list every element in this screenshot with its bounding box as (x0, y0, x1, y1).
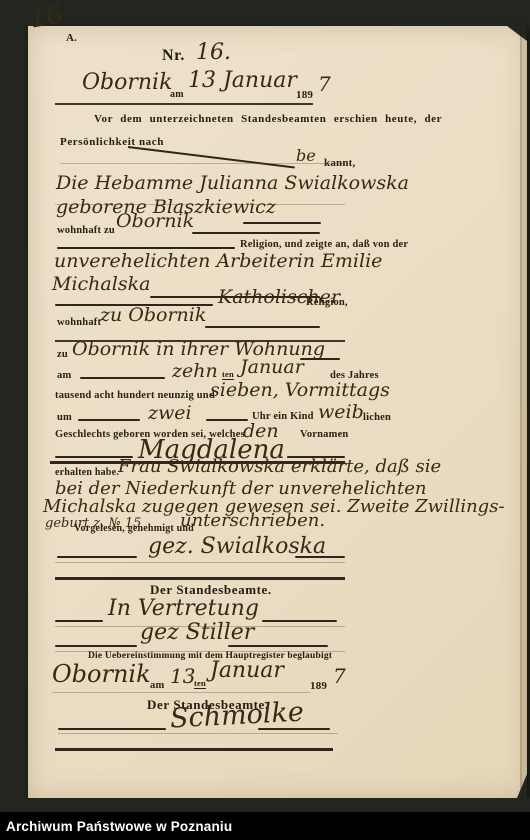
unterschrieben-handwritten: unterschrieben. (180, 512, 325, 530)
mother-name-line1: unverehelichten Arbeiterin Emilie (54, 252, 382, 271)
filler-stroke (78, 419, 140, 421)
registrar-signature: gez Stiller (140, 622, 254, 644)
am-label: am (57, 371, 71, 382)
filler-stroke (206, 419, 248, 421)
scan-background (0, 798, 530, 812)
birthplace-zu-printed: zu (57, 350, 68, 361)
record-number-value: 16. (196, 42, 231, 64)
dateline-place: Obornik (82, 72, 172, 94)
scanned-document: 16 A. Nr. 16. Obornik am 13 Januar 189 7… (0, 0, 530, 840)
intro-printed-line: Vor dem unterzeichneten Standesbeamten e… (94, 114, 442, 125)
dateline-year-digit: 7 (318, 74, 331, 94)
dateline-year-printed: 189 (296, 90, 313, 101)
birth-hour-handwritten: zwei (148, 404, 192, 423)
statement-line1: Frau Swialkowska erklärte, daß sie (118, 458, 441, 476)
child-sex-handwritten: weib (318, 403, 364, 422)
bekannt-printed: kannt, (324, 158, 355, 169)
certification-day: 13 (170, 666, 195, 686)
vorgelesen-printed: Vorgelesen, genehmigt und (74, 524, 194, 534)
filler-stroke (205, 326, 320, 328)
erhalten-habe-printed: erhalten habe. (55, 468, 119, 478)
filler-stroke (228, 645, 328, 647)
filler-stroke (258, 728, 330, 730)
vornamen-printed: Vornamen (300, 430, 348, 441)
wohnhaft-label: wohnhaft (57, 318, 101, 329)
filler-stroke (262, 620, 337, 622)
rule-line (55, 577, 345, 580)
rule-line (55, 748, 333, 751)
filler-stroke (243, 222, 321, 224)
wohnhaft-zu-label: wohnhaft zu (57, 226, 115, 237)
deputy-note-handwritten: In Vertretung (108, 598, 259, 620)
filler-stroke (295, 556, 345, 558)
declarant-residence: Obornik (116, 212, 194, 231)
religion-label-printed: Religion, (306, 298, 348, 309)
mother-residence: zu Obornik (100, 306, 206, 325)
filler-stroke (55, 645, 137, 647)
rule-line (52, 692, 310, 693)
certification-month: Januar (210, 660, 284, 682)
certification-year-digit: 7 (333, 666, 346, 686)
mother-name-line2: Michalska (52, 275, 150, 294)
record-number-label: Nr. (162, 48, 185, 64)
declarant-signature: gez. Swialkoska (148, 536, 326, 558)
section-letter: A. (66, 33, 77, 44)
filler-stroke (58, 728, 166, 730)
filler-stroke (300, 358, 340, 360)
archive-name: Archiwum Państwowe w Poznaniu (0, 819, 232, 834)
filler-stroke (55, 620, 103, 622)
rule-line (55, 103, 313, 105)
dateline-am-label: am (170, 90, 184, 100)
page-number-handwritten: 16 (28, 1, 65, 32)
torn-corner-bottom (517, 774, 527, 798)
dateline-date: 13 Januar (188, 70, 297, 92)
archive-watermark-bar: Archiwum Państwowe w Poznaniu (0, 812, 530, 840)
persoenlichkeit-label: Persönlichkeit nach (60, 137, 164, 148)
certification-year-printed: 189 (310, 681, 327, 692)
declarant-name-line1: Die Hebamme Julianna Swialkowska (56, 174, 409, 193)
rule-line (55, 562, 345, 563)
page-edge (522, 26, 527, 798)
filler-stroke (57, 556, 137, 558)
certification-ten-printed: ten (194, 679, 206, 689)
lichen-printed: lichen (363, 413, 391, 424)
filler-stroke (80, 377, 165, 379)
birth-month-handwritten: Januar (240, 358, 304, 377)
year-words-printed: tausend acht hundert neunzig und (55, 391, 215, 402)
year-words-handwritten: sieben, Vormittags (210, 381, 390, 400)
rule-line (58, 733, 338, 734)
filler-stroke (57, 247, 235, 249)
religion-intro-printed: Religion, und zeigte an, daß von der (240, 240, 408, 251)
torn-corner-top (507, 26, 527, 41)
bekannt-prefix-handwritten: be (296, 148, 316, 164)
um-label: um (57, 413, 72, 424)
certification-am-label: am (150, 681, 164, 692)
filler-stroke (192, 232, 320, 234)
certification-place: Obornik (52, 662, 151, 686)
registrar-title: Der Standesbeamte. (150, 583, 272, 596)
